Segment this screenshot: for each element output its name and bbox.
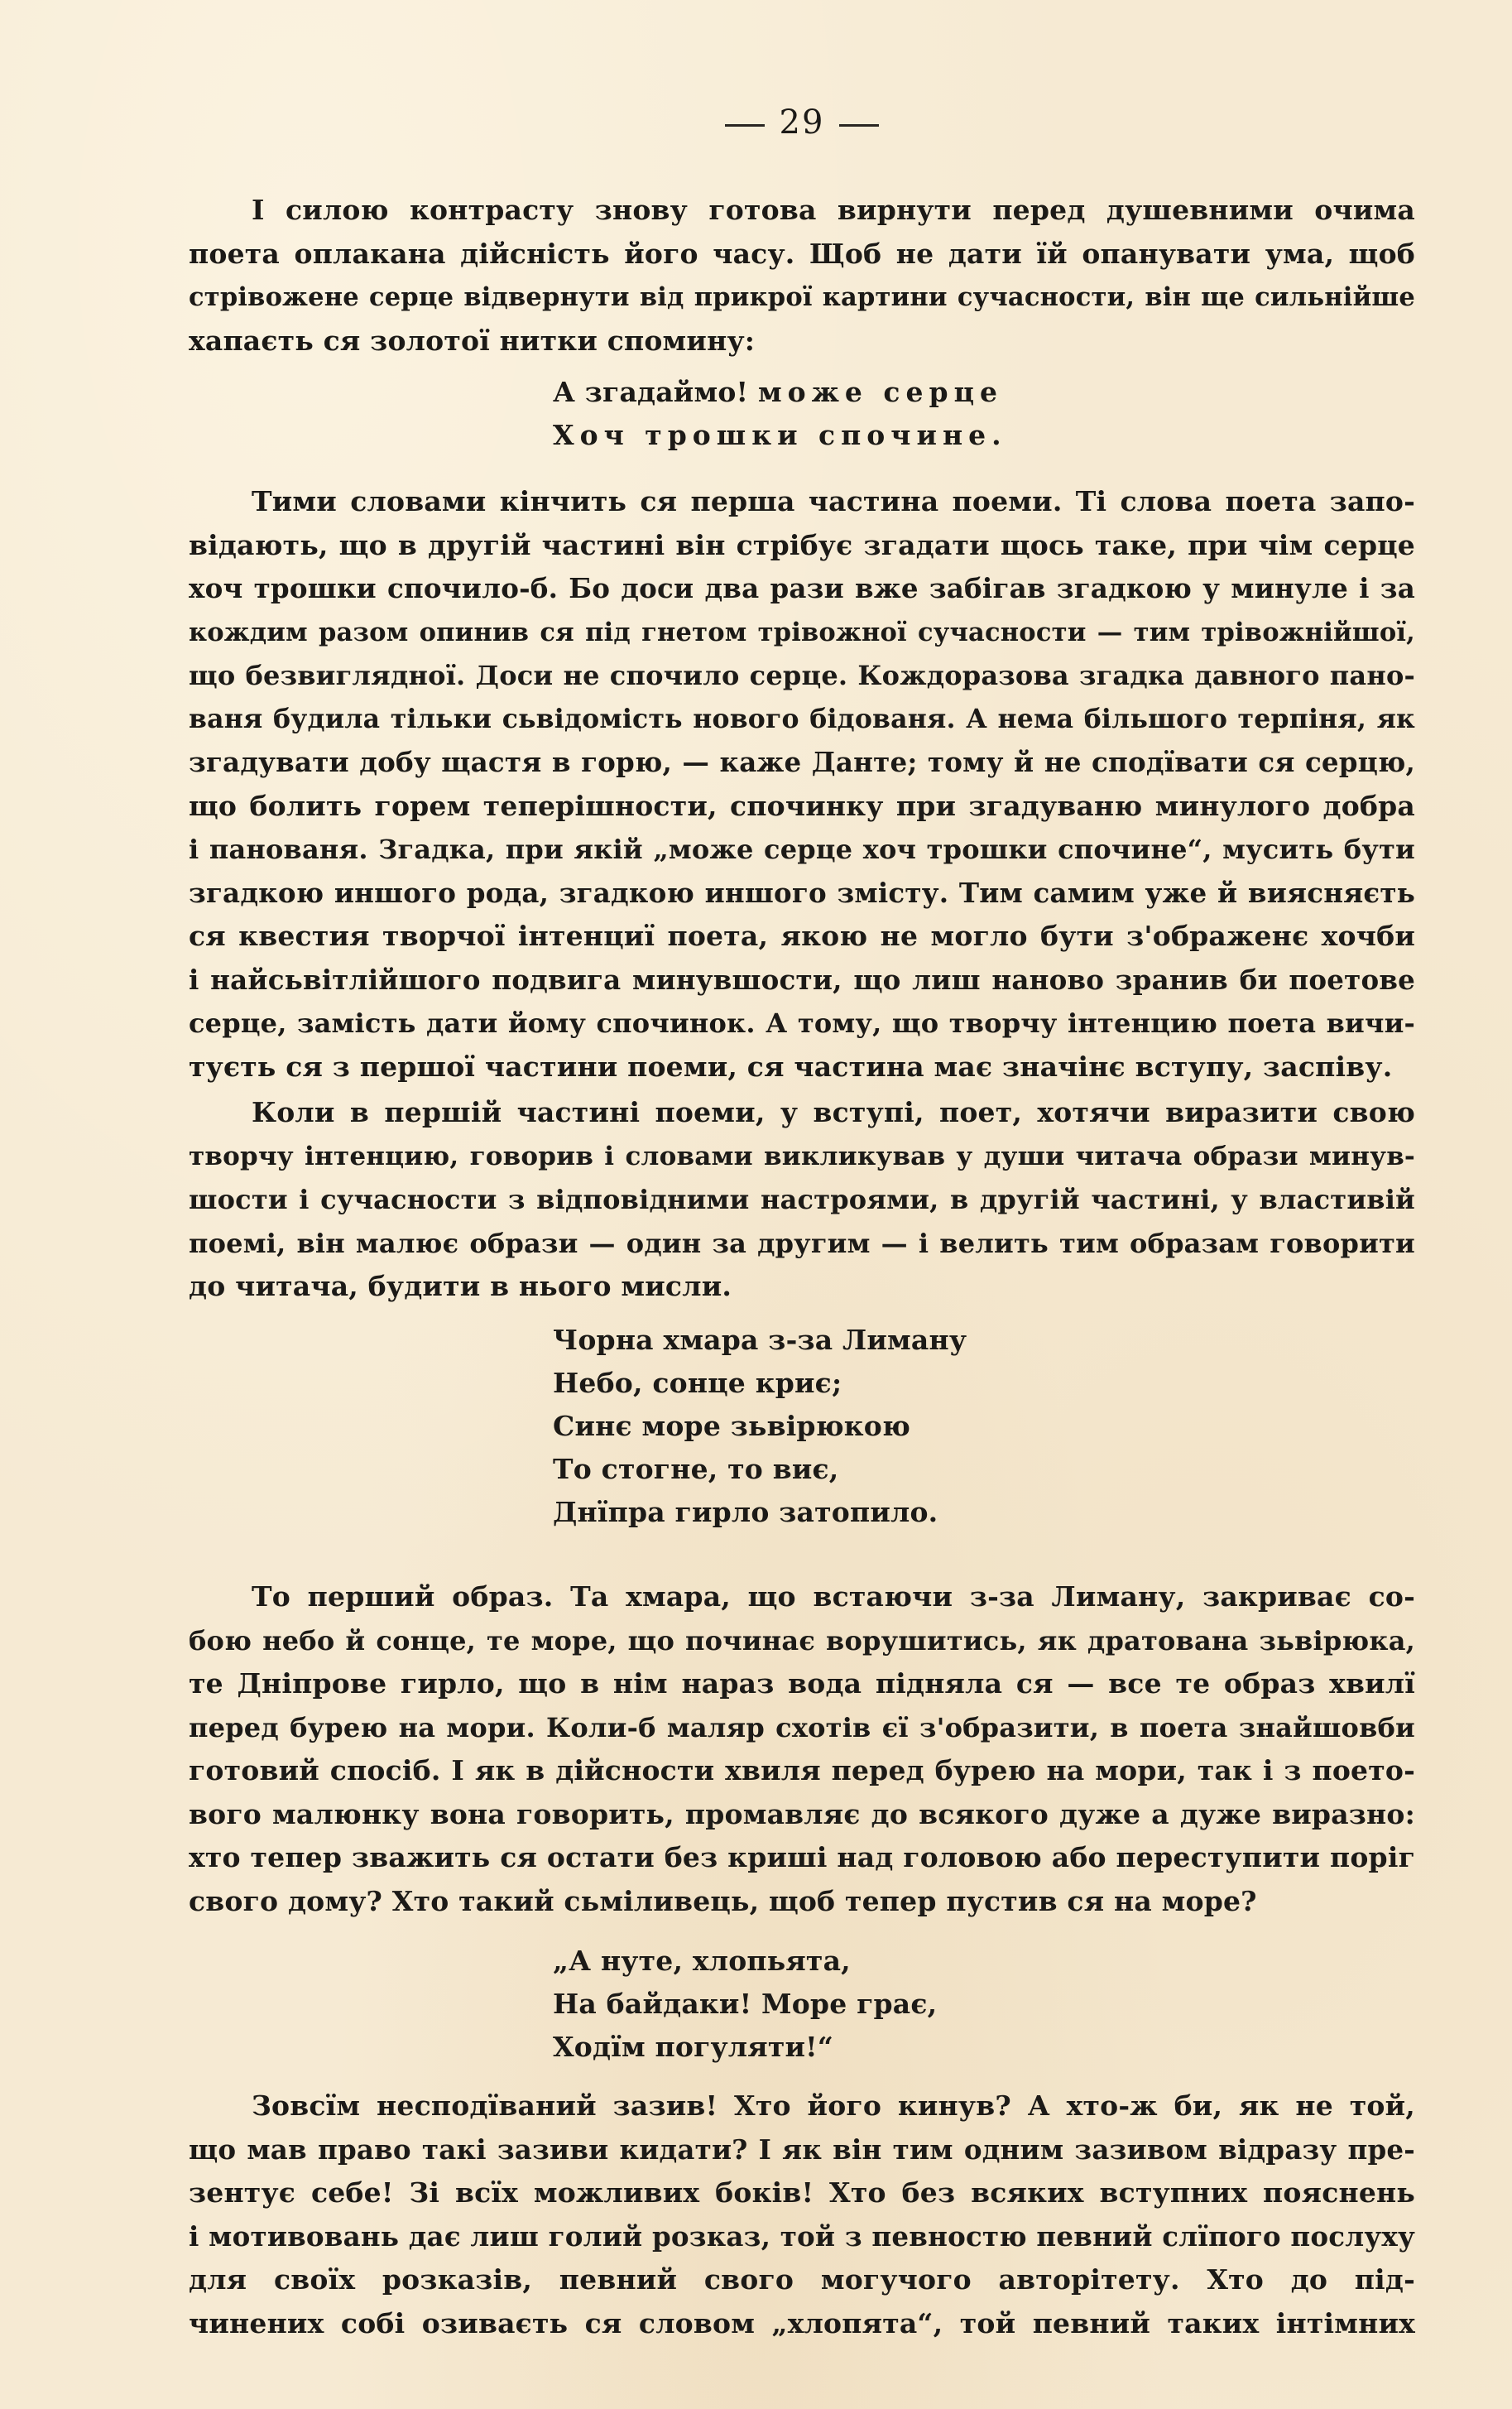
verse-line: Чорна хмара з-за Лиману — [553, 1319, 967, 1362]
text-line: хапаєть ся золотої нитки спомину: — [189, 320, 1415, 363]
text-line: згадувати добу щастя в горю, — каже Дант… — [189, 741, 1415, 785]
text-line: свого дому? Хто такий сьміливець, щоб те… — [189, 1880, 1415, 1924]
text-line: ваня будила тільки сьвідомість нового бі… — [189, 698, 1415, 742]
verse-line: На байдаки! Море грає, — [553, 1983, 937, 2026]
text-line: стрівожене серце відвернути від прикрої … — [189, 276, 1415, 320]
text-line: хто тепер зважить ся остати без криші на… — [189, 1836, 1415, 1880]
text-line: що мав право такі зазиви кидати? І як ві… — [189, 2128, 1415, 2172]
text-line: шости і сучасности з відповідними настро… — [189, 1178, 1415, 1222]
text-line: і найсьвітлійшого подвига минувшости, що… — [189, 959, 1415, 1003]
text-line: ся квестия творчої інтенциї поета, якою … — [189, 915, 1415, 959]
text-line: хоч трошки спочило-б. Бо доси два рази в… — [189, 567, 1415, 611]
text-line: для своїх розказів, певний свого могучог… — [189, 2258, 1415, 2302]
text-line: зентує себе! Зі всїх можливих боків! Хто… — [189, 2171, 1415, 2215]
text-line: що безвиглядної. Доси не спочило серце. … — [189, 654, 1415, 698]
page-number-value: 29 — [780, 103, 825, 142]
page-number-dash-left — [725, 124, 765, 127]
paragraph-3: Коли в першій частині поеми, у вступі, п… — [189, 1091, 1415, 1309]
paragraph-2: Тими словами кінчить ся перша частина по… — [189, 480, 1415, 1089]
text-line: Зовсїм несподїваний зазив! Хто його кину… — [189, 2084, 1415, 2128]
text-line: серце, замість дати йому спочинок. А том… — [189, 1002, 1415, 1046]
text-line: відають, що в другій частині він стрібує… — [189, 524, 1415, 568]
paragraph-4: То перший образ. Та хмара, що встаючи з-… — [189, 1575, 1415, 1923]
text-line: Тими словами кінчить ся перша частина по… — [189, 480, 1415, 524]
text-line: Коли в першій частині поеми, у вступі, п… — [189, 1091, 1415, 1135]
page-number-dash-right — [839, 124, 879, 127]
text-line: згадкою иншого рода, згадкою иншого зміс… — [189, 872, 1415, 916]
text-line: І силою контрасту знову готова вирнути п… — [189, 189, 1415, 233]
verse-line: Синє море зьвірюкою — [553, 1405, 967, 1448]
text-line: поемі, він малює образи — один за другим… — [189, 1222, 1415, 1266]
verse-quote-2: Чорна хмара з-за Лиману Небо, сонце криє… — [553, 1319, 967, 1534]
text-line: вого малюнку вона говорить, промавляє до… — [189, 1793, 1415, 1837]
text-line: і мотивовань дає лиш голий розказ, той з… — [189, 2215, 1415, 2259]
verse-line: То стогне, то виє, — [553, 1448, 967, 1491]
verse-quote-1: А згадаймо! може серце Хоч трошки спочин… — [553, 371, 1007, 457]
text-line: поета оплакана дійсність його часу. Щоб … — [189, 233, 1415, 276]
text-line: чинених собі озиваєть ся словом „хлопята… — [189, 2302, 1415, 2346]
verse-line: Днїпра гирло затопило. — [553, 1491, 967, 1534]
text-line: То перший образ. Та хмара, що встаючи з-… — [189, 1575, 1415, 1619]
text-line: готовий спосіб. І як в дійсности хвиля п… — [189, 1749, 1415, 1793]
text-line: бою небо й сонце, те море, що починає во… — [189, 1619, 1415, 1663]
text-line: перед бурею на мори. Коли-б маляр схотів… — [189, 1706, 1415, 1750]
text-line: що болить горем теперішности, спочинку п… — [189, 785, 1415, 829]
text-line: і панованя. Згадка, при якій „може серце… — [189, 828, 1415, 872]
paragraph-5: Зовсїм несподїваний зазив! Хто його кину… — [189, 2084, 1415, 2345]
text-line: до читача, будити в нього мисли. — [189, 1265, 1415, 1309]
text-line: творчу інтенцию, говорив і словами викли… — [189, 1135, 1415, 1179]
verse-line: „А нуте, хлопьята, — [553, 1940, 937, 1983]
verse-line: А згадаймо! може серце — [553, 371, 1007, 414]
text-line: кождим разом опинив ся під гнетом трівож… — [189, 611, 1415, 655]
verse-line: Ходїм погуляти!“ — [553, 2026, 937, 2069]
text-line: те Дніпрове гирло, що в нім нараз вода п… — [189, 1662, 1415, 1706]
page-number: 29 — [189, 98, 1415, 147]
verse-line: Хоч трошки спочине. — [553, 414, 1007, 457]
verse-quote-3: „А нуте, хлопьята, На байдаки! Море грає… — [553, 1940, 937, 2069]
verse-line: Небо, сонце криє; — [553, 1362, 967, 1405]
paragraph-1: І силою контрасту знову готова вирнути п… — [189, 189, 1415, 363]
text-line: туєть ся з першої частини поеми, ся част… — [189, 1046, 1415, 1089]
